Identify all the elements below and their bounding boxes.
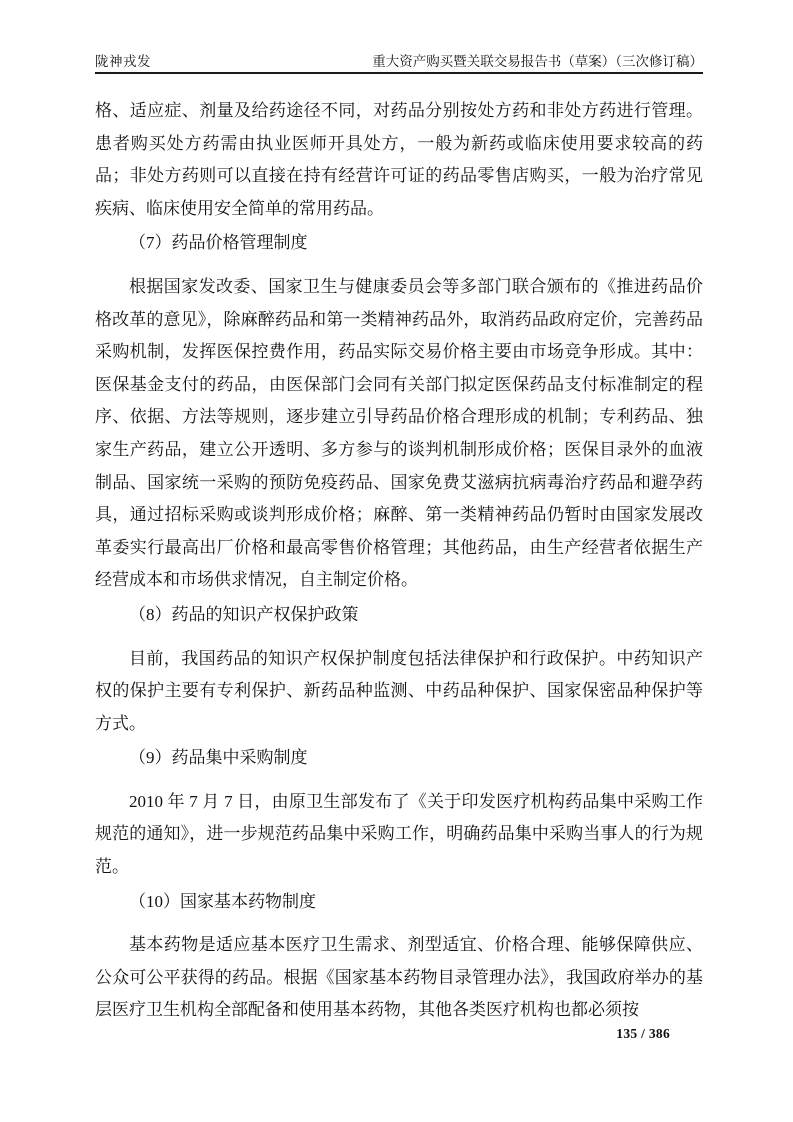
section-heading: （8）药品的知识产权保护政策 [95, 599, 703, 632]
body-paragraph: 格、适应症、剂量及给药途径不同，对药品分别按处方药和非处方药进行管理。患者购买处… [95, 95, 703, 225]
document-page: 陇神戎发 重大资产购买暨关联交易报告书（草案）（三次修订稿） 格、适应症、剂量及… [0, 0, 793, 1122]
section-heading: （9）药品集中采购制度 [95, 742, 703, 775]
section-heading: （7）药品价格管理制度 [95, 227, 703, 260]
section-heading: （10）国家基本药物制度 [95, 886, 703, 919]
page-header: 陇神戎发 重大资产购买暨关联交易报告书（草案）（三次修订稿） [95, 54, 703, 74]
document-body: 格、适应症、剂量及给药途径不同，对药品分别按处方药和非处方药进行管理。患者购买处… [95, 95, 703, 1027]
body-paragraph: 基本药物是适应基本医疗卫生需求、剂型适宜、价格合理、能够保障供应、公众可公平获得… [95, 929, 703, 1027]
body-paragraph: 2010 年 7 月 7 日，由原卫生部发布了《关于印发医疗机构药品集中采购工作… [95, 786, 703, 884]
body-paragraph: 根据国家发改委、国家卫生与健康委员会等多部门联合颁布的《推进药品价格改革的意见》… [95, 271, 703, 597]
page-number: 135 / 386 [616, 1026, 670, 1042]
header-report-title: 重大资产购买暨关联交易报告书（草案）（三次修订稿） [372, 54, 703, 69]
body-paragraph: 目前，我国药品的知识产权保护制度包括法律保护和行政保护。中药知识产权的保护主要有… [95, 643, 703, 741]
header-company-name: 陇神戎发 [95, 54, 151, 69]
